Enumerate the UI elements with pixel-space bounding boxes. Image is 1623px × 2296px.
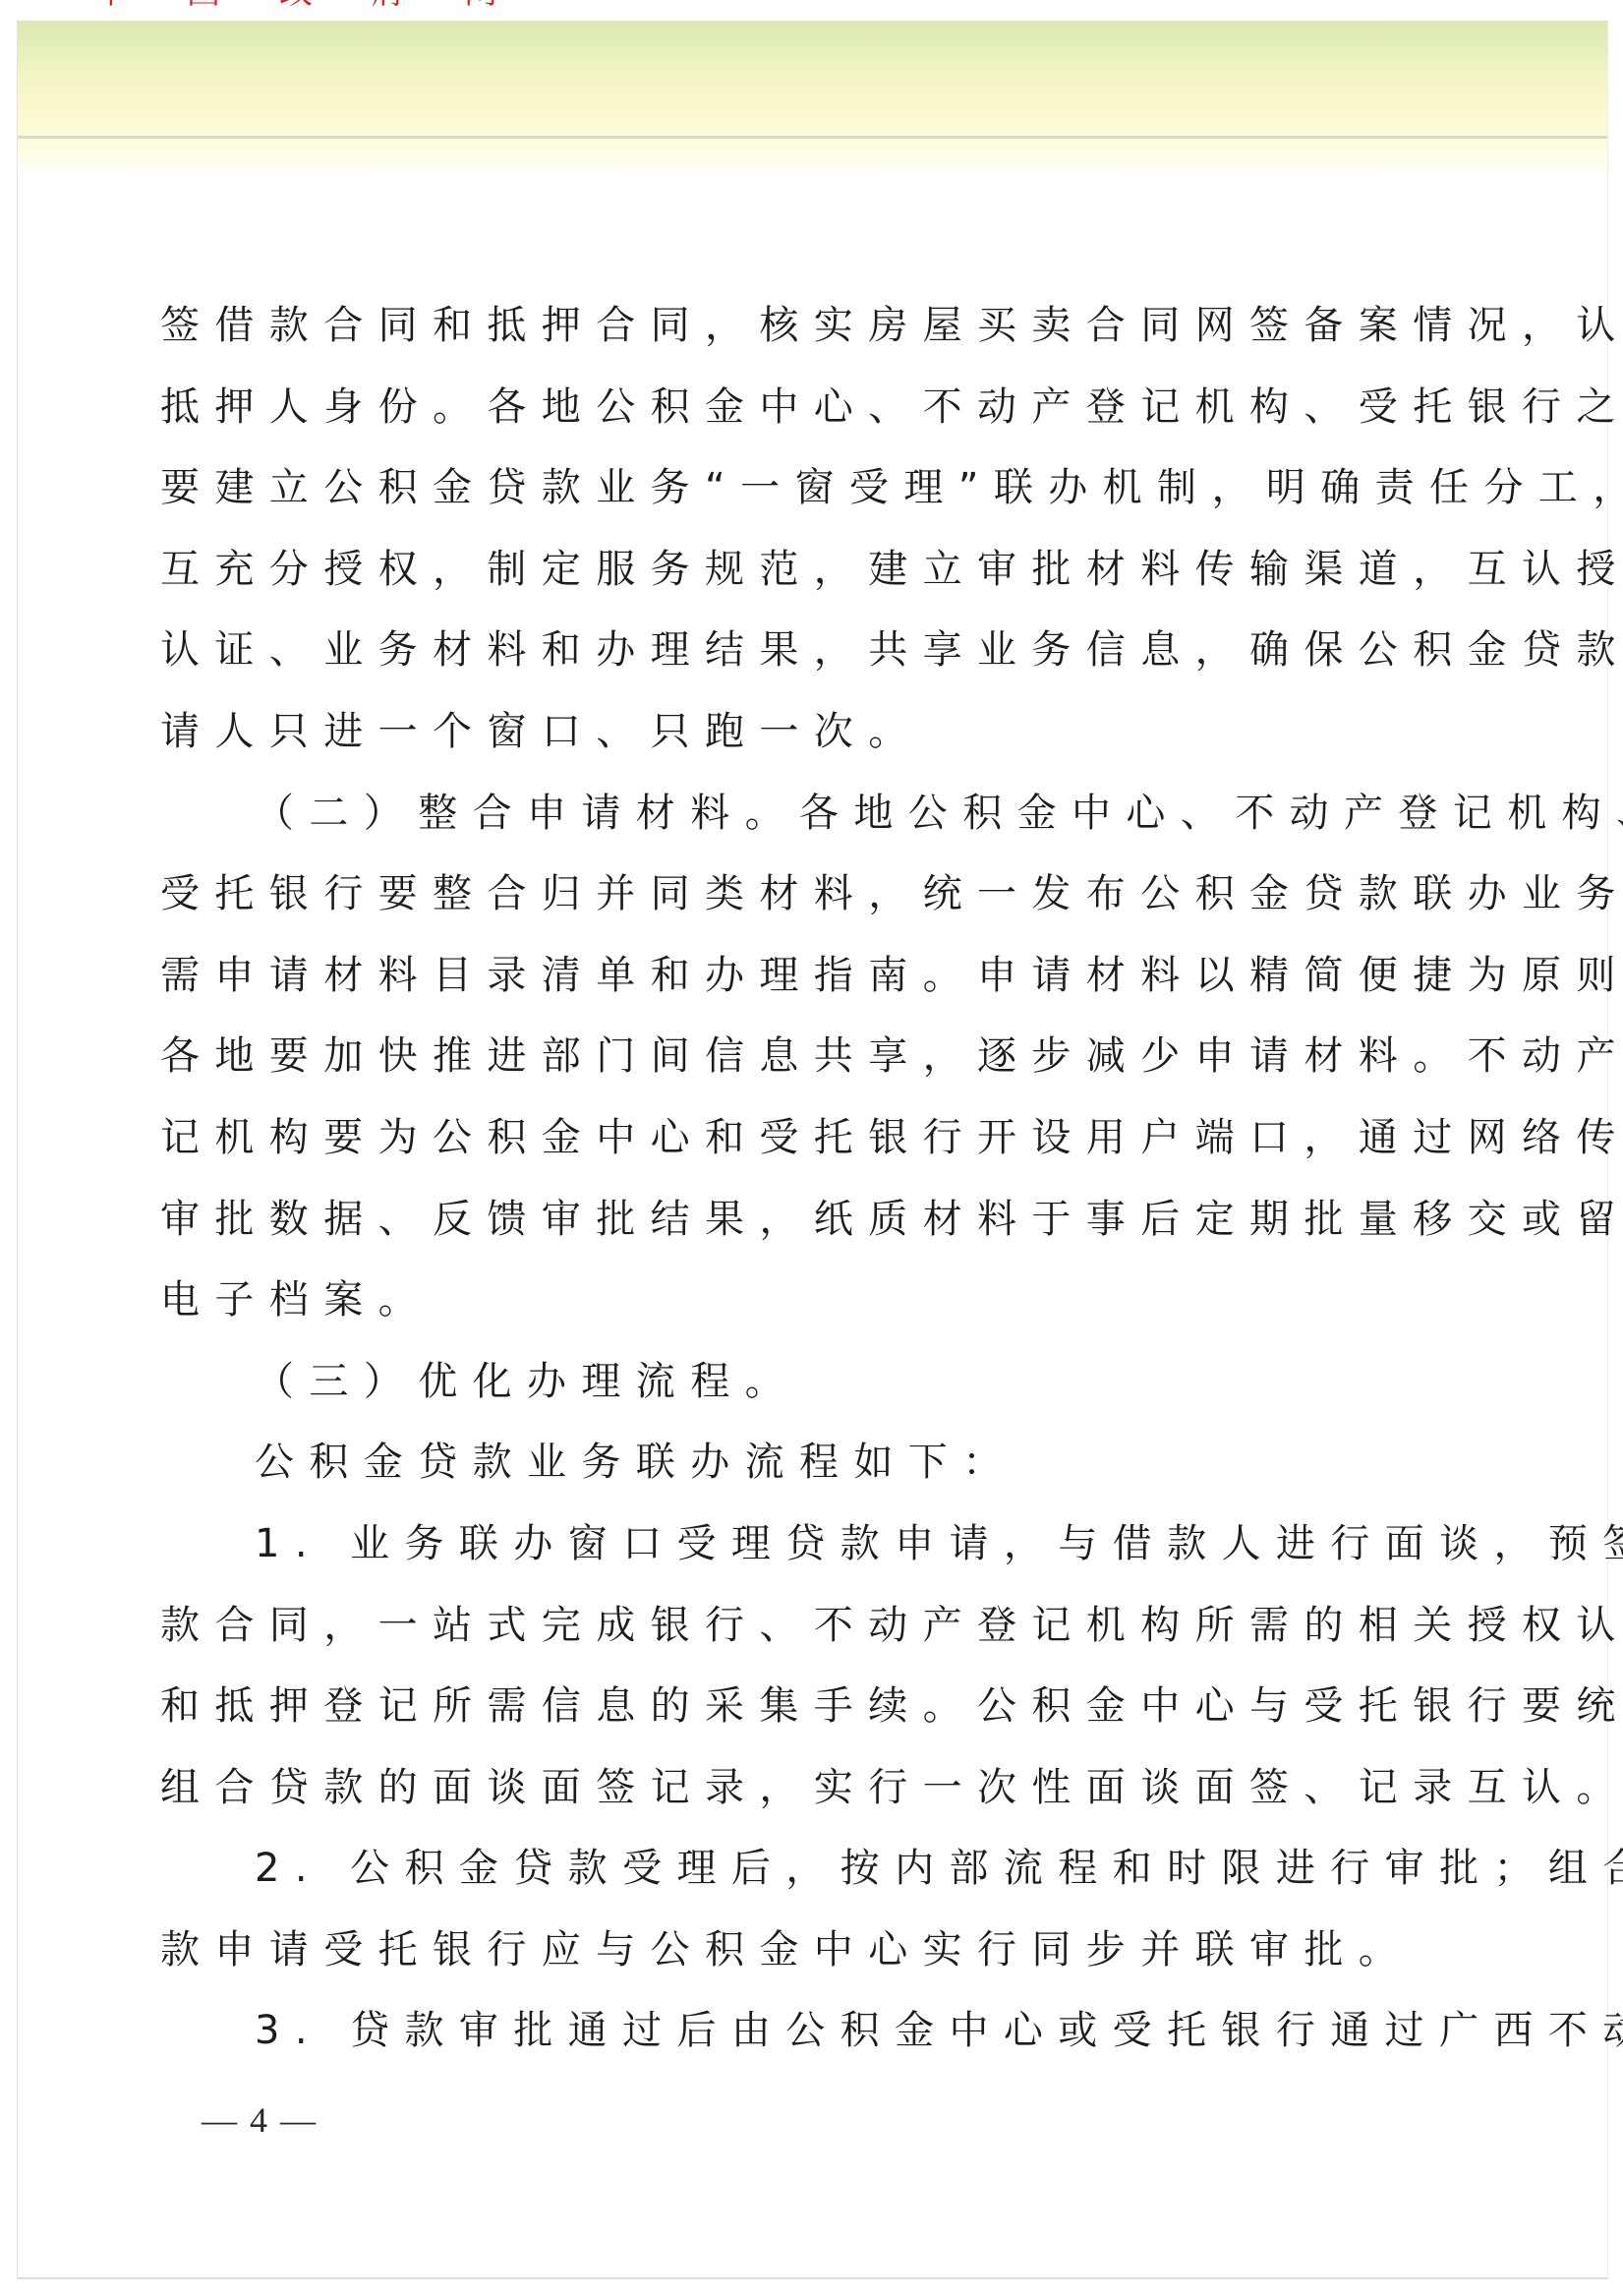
body-line: 需申请材料目录清单和办理指南。申请材料以精简便捷为原则， [160,935,1428,1017]
step-3-line: 3. 贷款审批通过后由公积金中心或受托银行通过广西不动 [160,1990,1428,2072]
body-line: 认证、业务材料和办理结果，共享业务信息，确保公积金贷款申 [160,610,1428,691]
document-body: 签借款合同和抵押合同，核实房屋买卖合同网签备案情况，认证 抵押人身份。各地公积金… [160,285,1428,2072]
body-line: 受托银行要整合归并同类材料，统一发布公积金贷款联办业务所 [160,854,1428,935]
section-heading-3: （三）优化办理流程。 [160,1341,1428,1423]
body-line: 和抵押登记所需信息的采集手续。公积金中心与受托银行要统一 [160,1666,1428,1747]
body-line: 款申请受托银行应与公积金中心实行同步并联审批。 [160,1910,1428,1991]
body-line: 抵押人身份。各地公积金中心、不动产登记机构、受托银行之间 [160,367,1428,448]
body-line: 请人只进一个窗口、只跑一次。 [160,691,1428,773]
body-line: 签借款合同和抵押合同，核实房屋买卖合同网签备案情况，认证 [160,285,1428,367]
body-line: 互充分授权，制定服务规范，建立审批材料传输渠道，互认授权 [160,529,1428,611]
step-1-line: 1. 业务联办窗口受理贷款申请，与借款人进行面谈，预签借 [160,1503,1428,1585]
process-intro: 公积金贷款业务联办流程如下： [160,1422,1428,1503]
body-line: 组合贷款的面谈面签记录，实行一次性面谈面签、记录互认。 [160,1747,1428,1829]
body-line: 记机构要为公积金中心和受托银行开设用户端口，通过网络传递 [160,1097,1428,1179]
body-line: 各地要加快推进部门间信息共享，逐步减少申请材料。不动产登 [160,1016,1428,1097]
section-heading-2: （二）整合申请材料。各地公积金中心、不动产登记机构、 [160,773,1428,854]
top-watermark-fragment: 中国政府网 [94,0,556,10]
body-line: 款合同，一站式完成银行、不动产登记机构所需的相关授权认证 [160,1585,1428,1667]
step-2-line: 2. 公积金贷款受理后，按内部流程和时限进行审批；组合贷 [160,1828,1428,1910]
body-line: 要建立公积金贷款业务“一窗受理”联办机制，明确责任分工，相 [160,447,1428,529]
body-line: 电子档案。 [160,1260,1428,1341]
page-number: — 4 — [202,2099,318,2141]
body-line: 审批数据、反馈审批结果，纸质材料于事后定期批量移交或留存 [160,1179,1428,1261]
